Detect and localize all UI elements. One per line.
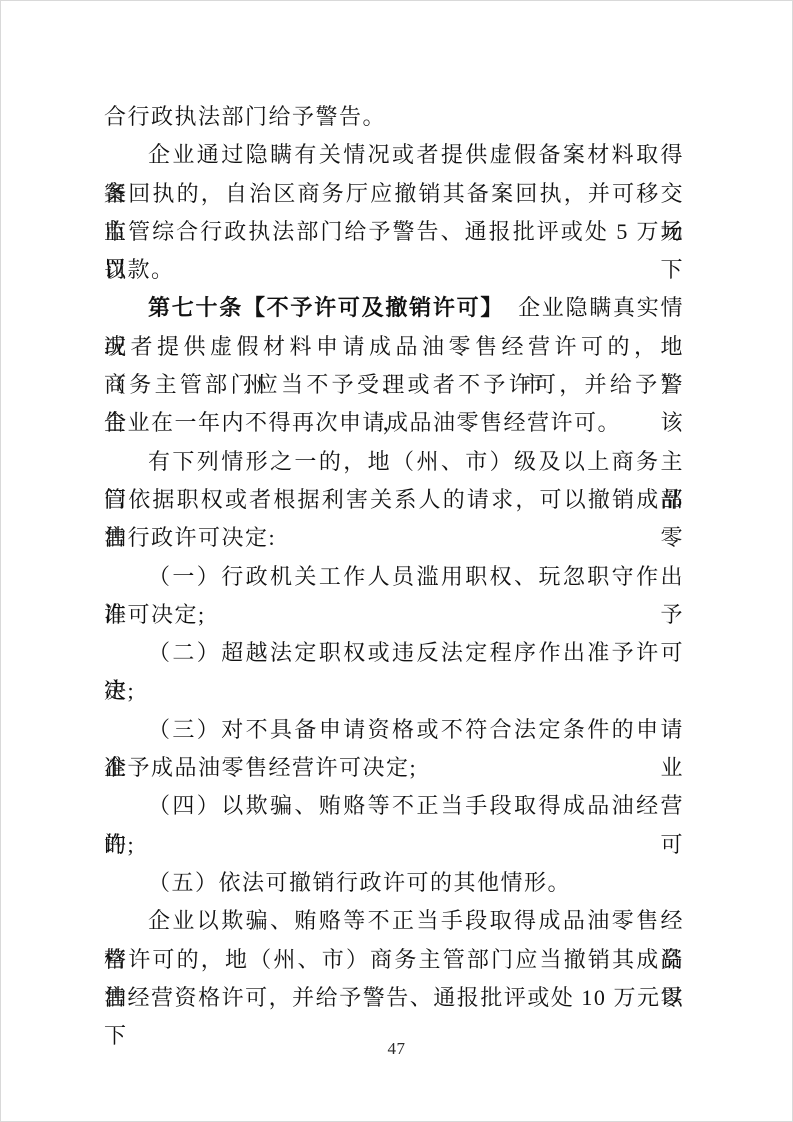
text-line: 售经营资格许可，并给予警告、通报批评或处 10 万元以下 — [104, 979, 684, 1017]
list-item-line: （三）对不具备申请资格或不符合法定条件的申请企业 — [104, 711, 684, 749]
article-heading-line: 第七十条【不予许可及撤销许可】企业隐瞒真实情况 — [104, 289, 684, 327]
document-body: 合行政执法部门给予警告。 企业通过隐瞒有关情况或者提供虚假备案材料取得备 案回执… — [104, 98, 684, 1017]
document-page: 合行政执法部门给予警告。 企业通过隐瞒有关情况或者提供虚假备案材料取得备 案回执… — [0, 0, 793, 1122]
text-line: 有下列情形之一的，地（州、市）级及以上商务主管部 — [104, 443, 684, 481]
page-number: 47 — [1, 1039, 792, 1059]
text-line: 案回执的，自治区商务厅应撤销其备案回执，并可移交市场 — [104, 175, 684, 213]
text-line: 企业通过隐瞒有关情况或者提供虚假备案材料取得备 — [104, 136, 684, 174]
list-item-line: （五）依法可撤销行政许可的其他情形。 — [104, 864, 684, 902]
text-line: 合行政执法部门给予警告。 — [104, 98, 684, 136]
text-line: 企业在一年内不得再次申请成品油零售经营许可。 — [104, 404, 684, 442]
text-line: 格许可的，地（州、市）商务主管部门应当撤销其成品油零 — [104, 941, 684, 979]
text-line: 门依据职权或者根据利害关系人的请求，可以撤销成品油零 — [104, 481, 684, 519]
text-line: 商务主管部门应当不予受理或者不予许可，并给予警告，该 — [104, 366, 684, 404]
article-title: 第七十条【不予许可及撤销许可】 — [148, 295, 504, 320]
list-item-line: （二）超越法定职权或违反法定程序作出准予许可决 — [104, 634, 684, 672]
text-line: 监管综合行政执法部门给予警告、通报批评或处 5 万元以下 — [104, 213, 684, 251]
text-line: 企业以欺骗、贿赂等不正当手段取得成品油零售经营资 — [104, 902, 684, 940]
text-line: 或者提供虚假材料申请成品油零售经营许可的，地（州、市） — [104, 328, 684, 366]
list-item-line: （四）以欺骗、贿赂等不正当手段取得成品油经营许可 — [104, 787, 684, 825]
text-line: 定; — [104, 672, 684, 710]
list-item-line: （一）行政机关工作人员滥用职权、玩忽职守作出准予 — [104, 558, 684, 596]
